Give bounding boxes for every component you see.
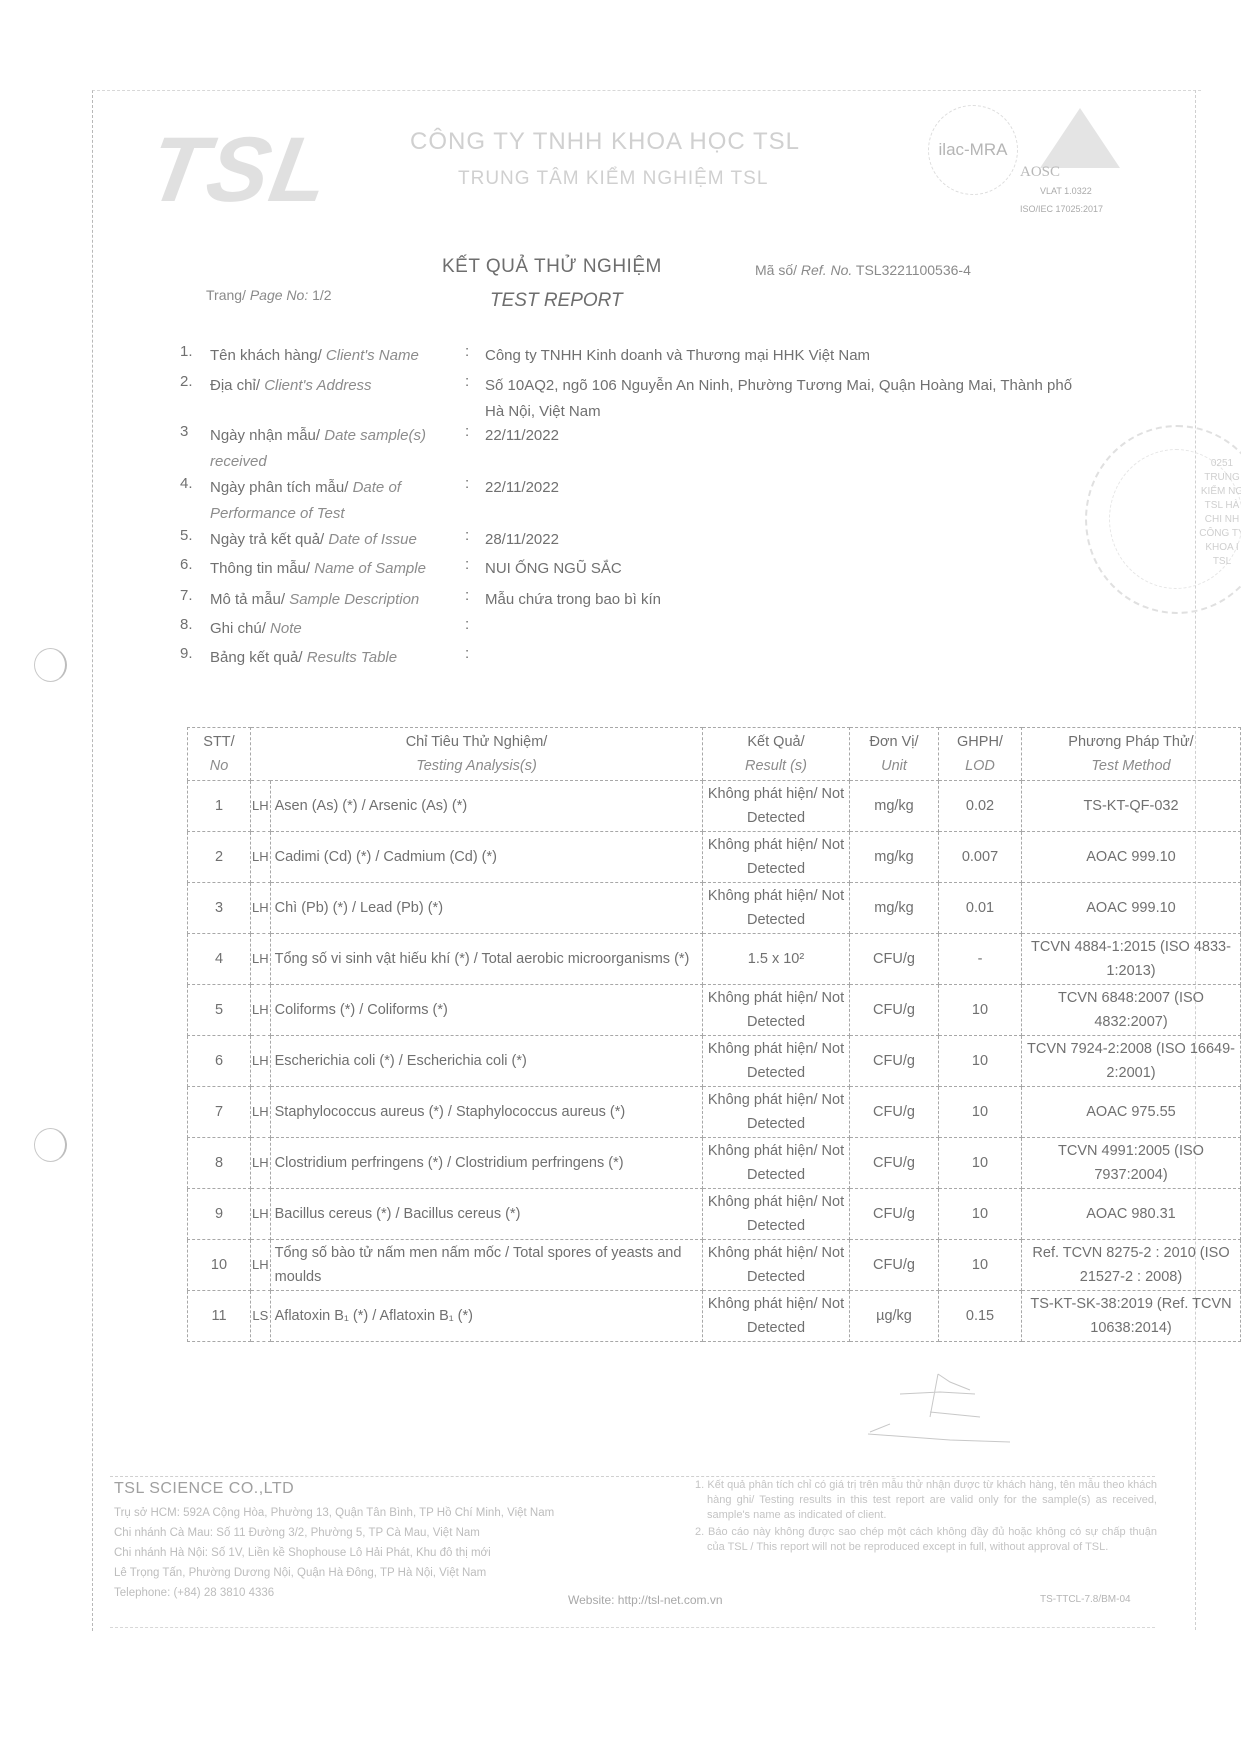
- info-value: 28/11/2022: [485, 527, 1075, 553]
- footer-bottom-divider: [110, 1627, 1155, 1628]
- footer-address-line: Lê Trọng Tấn, Phường Dương Nội, Quận Hà …: [114, 1563, 634, 1583]
- testing-center-name: TRUNG TÂM KIỂM NGHIỆM TSL: [458, 168, 768, 190]
- info-value: Công ty TNHH Kinh doanh và Thương mại HH…: [485, 343, 1075, 369]
- cell-no: 9: [188, 1189, 251, 1240]
- cell-lod: -: [939, 934, 1022, 985]
- cell-no: 11: [188, 1291, 251, 1342]
- footer-address-line: Telephone: (+84) 28 3810 4336: [114, 1583, 634, 1603]
- cell-lod: 10: [939, 1240, 1022, 1291]
- info-number: 1.: [180, 343, 200, 360]
- cell-lod: 10: [939, 1036, 1022, 1087]
- cell-result: Không phát hiện/ Not Detected: [703, 1087, 850, 1138]
- page-number: Trang/ Page No: 1/2: [206, 287, 332, 303]
- cell-lod: 0.01: [939, 883, 1022, 934]
- footer-notes: 1. Kết quả phân tích chỉ có giá trị trên…: [695, 1478, 1157, 1557]
- cell-method: TCVN 6848:2007 (ISO 4832:2007): [1022, 985, 1241, 1036]
- cell-lab-code: LH: [251, 1138, 271, 1189]
- footer-address-line: Chi nhánh Cà Mau: Số 11 Đường 3/2, Phườn…: [114, 1523, 634, 1543]
- table-row: 4LHTổng số vi sinh vật hiếu khí (*) / To…: [188, 934, 1241, 985]
- cell-method: TS-KT-SK-38:2019 (Ref. TCVN 10638:2014): [1022, 1291, 1241, 1342]
- info-value: NUI ỐNG NGŨ SẮC: [485, 556, 1075, 582]
- cell-result: Không phát hiện/ Not Detected: [703, 1240, 850, 1291]
- header-lod: GHPH/LOD: [939, 728, 1022, 781]
- header-method: Phương Pháp Thử/Test Method: [1022, 728, 1241, 781]
- info-label: Ngày trả kết quả/ Date of Issue: [210, 527, 460, 553]
- info-number: 7.: [180, 587, 200, 604]
- cell-method: TCVN 4884-1:2015 (ISO 4833-1:2013): [1022, 934, 1241, 985]
- info-value: 22/11/2022: [485, 423, 1075, 449]
- cell-result: Không phát hiện/ Not Detected: [703, 883, 850, 934]
- ilac-mra-logo: ilac-MRA: [928, 105, 1018, 195]
- table-header-row: STT/No Chỉ Tiêu Thử Nghiệm/Testing Analy…: [188, 728, 1241, 781]
- footer-address-line: Chi nhánh Hà Nội: Số 1V, Liền kề Shophou…: [114, 1543, 634, 1563]
- cell-no: 4: [188, 934, 251, 985]
- info-number: 5.: [180, 527, 200, 544]
- cell-lab-code: LH: [251, 883, 271, 934]
- iso-standard: ISO/IEC 17025:2017: [1020, 204, 1103, 214]
- table-row: 7LHStaphylococcus aureus (*) / Staphyloc…: [188, 1087, 1241, 1138]
- info-label: Ghi chú/ Note: [210, 616, 460, 642]
- footer-address-line: Trụ sở HCM: 592A Cộng Hòa, Phường 13, Qu…: [114, 1503, 634, 1523]
- info-number: 3: [180, 423, 200, 440]
- cell-lod: 0.15: [939, 1291, 1022, 1342]
- cell-no: 6: [188, 1036, 251, 1087]
- results-table: STT/No Chỉ Tiêu Thử Nghiệm/Testing Analy…: [187, 727, 1241, 1342]
- footer-note: 2. Báo cáo này không được sao chép một c…: [695, 1525, 1157, 1555]
- cell-result: Không phát hiện/ Not Detected: [703, 781, 850, 832]
- aosc-logo-text: AOSC: [1020, 164, 1060, 181]
- cell-unit: mg/kg: [850, 781, 939, 832]
- cell-result: Không phát hiện/ Not Detected: [703, 985, 850, 1036]
- cell-analysis: Chì (Pb) (*) / Lead (Pb) (*): [270, 883, 702, 934]
- info-value: Mẫu chứa trong bao bì kín: [485, 587, 1075, 613]
- cell-result: Không phát hiện/ Not Detected: [703, 1189, 850, 1240]
- cell-method: TCVN 4991:2005 (ISO 7937:2004): [1022, 1138, 1241, 1189]
- cell-no: 2: [188, 832, 251, 883]
- info-colon: :: [465, 556, 469, 573]
- info-number: 6.: [180, 556, 200, 573]
- header-unit: Đơn Vị/Unit: [850, 728, 939, 781]
- footer-addresses: Trụ sở HCM: 592A Cộng Hòa, Phường 13, Qu…: [114, 1503, 634, 1603]
- info-label: Tên khách hàng/ Client's Name: [210, 343, 460, 369]
- cell-lab-code: LH: [251, 781, 271, 832]
- info-number: 4.: [180, 475, 200, 492]
- company-name: CÔNG TY TNHH KHOA HỌC TSL: [410, 128, 800, 156]
- cell-no: 7: [188, 1087, 251, 1138]
- info-colon: :: [465, 587, 469, 604]
- cell-result: Không phát hiện/ Not Detected: [703, 1291, 850, 1342]
- cell-method: TS-KT-QF-032: [1022, 781, 1241, 832]
- cell-result: Không phát hiện/ Not Detected: [703, 832, 850, 883]
- info-colon: :: [465, 645, 469, 662]
- form-code: TS-TTCL-7.8/BM-04: [1040, 1594, 1131, 1605]
- cell-analysis: Cadimi (Cd) (*) / Cadmium (Cd) (*): [270, 832, 702, 883]
- stamp-text-line: CÔNG TY: [1177, 527, 1241, 541]
- punch-hole: [34, 648, 67, 682]
- cell-unit: CFU/g: [850, 1138, 939, 1189]
- cell-lod: 10: [939, 1189, 1022, 1240]
- cell-unit: µg/kg: [850, 1291, 939, 1342]
- punch-hole: [34, 1128, 67, 1162]
- info-label: Ngày phân tích mẫu/ Date of Performance …: [210, 475, 460, 527]
- cell-method: TCVN 7924-2:2008 (ISO 16649-2:2001): [1022, 1036, 1241, 1087]
- stamp-text-line: TSL HÀ: [1177, 499, 1241, 513]
- info-value: 22/11/2022: [485, 475, 1075, 501]
- cell-unit: CFU/g: [850, 985, 939, 1036]
- info-number: 8.: [180, 616, 200, 633]
- stamp-text-line: 0251: [1177, 457, 1241, 471]
- info-colon: :: [465, 373, 469, 390]
- stamp-text-line: KHOA I: [1177, 541, 1241, 555]
- cell-analysis: Tổng số bào tử nấm men nấm mốc / Total s…: [270, 1240, 702, 1291]
- cell-lab-code: LH: [251, 832, 271, 883]
- cell-lab-code: LH: [251, 1036, 271, 1087]
- cell-result: Không phát hiện/ Not Detected: [703, 1036, 850, 1087]
- footer-note: 1. Kết quả phân tích chỉ có giá trị trên…: [695, 1478, 1157, 1523]
- report-title-en: TEST REPORT: [490, 290, 623, 312]
- info-label: Bảng kết quả/ Results Table: [210, 645, 460, 671]
- cell-analysis: Aflatoxin B₁ (*) / Aflatoxin B₁ (*): [270, 1291, 702, 1342]
- cell-lab-code: LH: [251, 934, 271, 985]
- info-label: Địa chỉ/ Client's Address: [210, 373, 460, 399]
- table-row: 3LHChì (Pb) (*) / Lead (Pb) (*)Không phá…: [188, 883, 1241, 934]
- footer-divider: [110, 1476, 1155, 1477]
- cell-unit: CFU/g: [850, 1036, 939, 1087]
- cell-unit: mg/kg: [850, 883, 939, 934]
- cell-method: Ref. TCVN 8275-2 : 2010 (ISO 21527-2 : 2…: [1022, 1240, 1241, 1291]
- cell-lab-code: LH: [251, 1087, 271, 1138]
- header-result: Kết Quả/Result (s): [703, 728, 850, 781]
- table-row: 5LHColiforms (*) / Coliforms (*)Không ph…: [188, 985, 1241, 1036]
- header-no: STT/No: [188, 728, 251, 781]
- info-colon: :: [465, 527, 469, 544]
- cell-no: 8: [188, 1138, 251, 1189]
- info-label: Thông tin mẫu/ Name of Sample: [210, 556, 460, 582]
- cell-analysis: Escherichia coli (*) / Escherichia coli …: [270, 1036, 702, 1087]
- report-title-vn: KẾT QUẢ THỬ NGHIỆM: [442, 256, 662, 278]
- cell-method: AOAC 975.55: [1022, 1087, 1241, 1138]
- cell-unit: CFU/g: [850, 1087, 939, 1138]
- header-analysis: Chỉ Tiêu Thử Nghiệm/Testing Analysis(s): [251, 728, 703, 781]
- company-logo: TSL: [141, 118, 339, 223]
- stamp-text-line: TRUNG: [1177, 471, 1241, 485]
- cell-lod: 10: [939, 1138, 1022, 1189]
- cell-lab-code: LH: [251, 1189, 271, 1240]
- cell-analysis: Tổng số vi sinh vật hiếu khí (*) / Total…: [270, 934, 702, 985]
- cell-no: 1: [188, 781, 251, 832]
- cell-lod: 10: [939, 1087, 1022, 1138]
- info-colon: :: [465, 343, 469, 360]
- cell-lab-code: LS: [251, 1291, 271, 1342]
- info-number: 9.: [180, 645, 200, 662]
- cell-result: 1.5 x 10²: [703, 934, 850, 985]
- table-row: 6LHEscherichia coli (*) / Escherichia co…: [188, 1036, 1241, 1087]
- stamp-text-line: TSL: [1177, 555, 1241, 569]
- info-colon: :: [465, 475, 469, 492]
- cell-no: 3: [188, 883, 251, 934]
- info-value: Số 10AQ2, ngõ 106 Nguyễn An Ninh, Phường…: [485, 373, 1075, 425]
- cell-unit: CFU/g: [850, 934, 939, 985]
- cell-analysis: Bacillus cereus (*) / Bacillus cereus (*…: [270, 1189, 702, 1240]
- cell-unit: CFU/g: [850, 1189, 939, 1240]
- cell-analysis: Coliforms (*) / Coliforms (*): [270, 985, 702, 1036]
- stamp-text-line: CHI NH: [1177, 513, 1241, 527]
- table-row: 11LSAflatoxin B₁ (*) / Aflatoxin B₁ (*)K…: [188, 1291, 1241, 1342]
- cell-analysis: Staphylococcus aureus (*) / Staphylococc…: [270, 1087, 702, 1138]
- cell-analysis: Clostridium perfringens (*) / Clostridiu…: [270, 1138, 702, 1189]
- cell-lod: 0.02: [939, 781, 1022, 832]
- table-row: 1LHAsen (As) (*) / Arsenic (As) (*)Không…: [188, 781, 1241, 832]
- cell-lod: 0.007: [939, 832, 1022, 883]
- stamp-text-line: KIỂM NG: [1177, 485, 1241, 499]
- info-label: Mô tả mẫu/ Sample Description: [210, 587, 460, 613]
- cell-lab-code: LH: [251, 985, 271, 1036]
- cell-method: AOAC 999.10: [1022, 883, 1241, 934]
- cell-lab-code: LH: [251, 1240, 271, 1291]
- info-number: 2.: [180, 373, 200, 390]
- signature: [830, 1372, 1090, 1452]
- cell-result: Không phát hiện/ Not Detected: [703, 1138, 850, 1189]
- aosc-triangle-icon: [1040, 108, 1120, 168]
- table-row: 10LHTổng số bào tử nấm men nấm mốc / Tot…: [188, 1240, 1241, 1291]
- reference-number: Mã số/ Ref. No. TSL3221100536-4: [755, 262, 971, 278]
- cell-analysis: Asen (As) (*) / Arsenic (As) (*): [270, 781, 702, 832]
- table-row: 8LHClostridium perfringens (*) / Clostri…: [188, 1138, 1241, 1189]
- table-row: 2LHCadimi (Cd) (*) / Cadmium (Cd) (*)Khô…: [188, 832, 1241, 883]
- cell-unit: mg/kg: [850, 832, 939, 883]
- cell-lod: 10: [939, 985, 1022, 1036]
- footer-website[interactable]: Website: http://tsl-net.com.vn: [568, 1593, 723, 1607]
- footer-company-name: TSL SCIENCE CO.,LTD: [114, 1480, 294, 1498]
- cell-method: AOAC 999.10: [1022, 832, 1241, 883]
- cell-no: 10: [188, 1240, 251, 1291]
- cell-no: 5: [188, 985, 251, 1036]
- cell-method: AOAC 980.31: [1022, 1189, 1241, 1240]
- info-colon: :: [465, 423, 469, 440]
- info-colon: :: [465, 616, 469, 633]
- table-row: 9LHBacillus cereus (*) / Bacillus cereus…: [188, 1189, 1241, 1240]
- vlat-code: VLAT 1.0322: [1040, 186, 1092, 196]
- info-label: Ngày nhận mẫu/ Date sample(s) received: [210, 423, 460, 475]
- cell-unit: CFU/g: [850, 1240, 939, 1291]
